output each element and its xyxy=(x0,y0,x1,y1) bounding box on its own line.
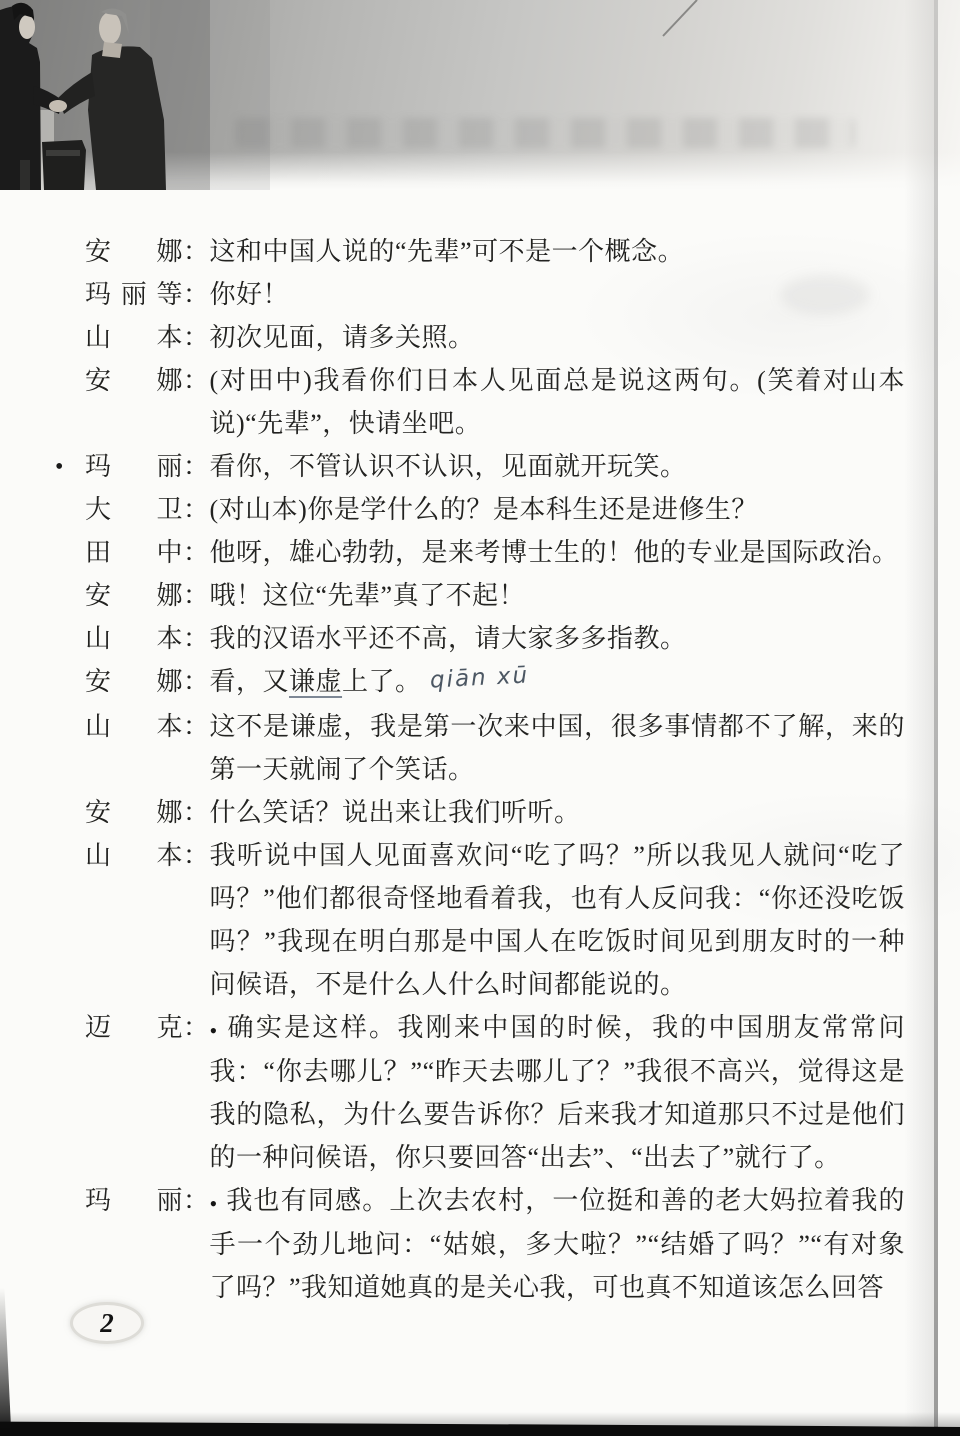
text-segment: (对山本)你是学什么的？是本科生还是进修生？ xyxy=(210,495,758,524)
utterance-text: (对田中)我看你们日本人见面总是说这两句。(笑着对山本说)“先辈”，快请坐吧。 xyxy=(210,359,905,445)
ghost-text-showthrough xyxy=(235,118,855,148)
text-segment: 你好！ xyxy=(210,280,290,309)
speaker-colon: ： xyxy=(183,488,210,531)
text-segment: (对田中)我看你们日本人见面总是说这两句。(笑着对山本说)“先辈”，快请坐吧。 xyxy=(210,366,905,438)
speaker-name: 山本 xyxy=(85,705,183,748)
utterance-text: 他呀，雄心勃勃，是来考博士生的！他的专业是国际政治。 xyxy=(210,531,905,574)
dialogue-turn: 山本 ： 我听说中国人见面喜欢问“吃了吗？”所以我见人就问“吃了吗？”他们都很奇… xyxy=(85,834,905,1006)
textbook-page: 安娜 ： 这和中国人说的“先辈”可不是一个概念。 玛丽等 ： 你好！ 山本 ： … xyxy=(0,0,960,1436)
dialogue-turn: • 玛丽 ： 看你，不管认识不认识，见面就开玩笑。 xyxy=(85,445,905,488)
dialogue-turn: 安娜 ： (对田中)我看你们日本人见面总是说这两句。(笑着对山本说)“先辈”，快… xyxy=(85,359,905,445)
handshake-hands xyxy=(49,100,67,112)
speaker-colon: ： xyxy=(183,273,210,316)
speaker-colon: ： xyxy=(183,445,210,488)
photo-crack-line xyxy=(663,0,697,36)
speaker-name: 大卫 xyxy=(85,488,183,531)
speaker-name: 田中 xyxy=(85,531,183,574)
dialogue-turn: 安娜 ： 这和中国人说的“先辈”可不是一个概念。 xyxy=(85,230,905,273)
speaker-name: 安娜 xyxy=(85,574,183,617)
photo-wall-shade-2 xyxy=(150,0,270,190)
text-segment: 这不是谦虚，我是第一次来中国，很多事情都不了解，来的第一天就闹了个笑话。 xyxy=(210,712,905,784)
speaker-colon: ： xyxy=(183,1006,210,1049)
dialogue-turn: 山本 ： 我的汉语水平还不高，请大家多多指教。 xyxy=(85,617,905,660)
utterance-text: (对山本)你是学什么的？是本科生还是进修生？ xyxy=(210,488,905,531)
utterance-text: 什么笑话？说出来让我们听听。 xyxy=(210,791,905,834)
pen-dot-after-colon: • xyxy=(210,1009,226,1052)
utterance-text: 你好！ xyxy=(210,273,905,316)
dialogue-turn: 大卫 ： (对山本)你是学什么的？是本科生还是进修生？ xyxy=(85,488,905,531)
speaker-name: 玛丽 xyxy=(85,1179,183,1222)
chair xyxy=(42,140,86,190)
pen-dot-after-colon: • xyxy=(210,1182,226,1225)
speaker-name: 玛丽等 xyxy=(85,273,183,316)
speaker-colon: ： xyxy=(183,230,210,273)
speaker-colon: ： xyxy=(183,574,210,617)
underlined-word: 谦虚 xyxy=(289,667,342,696)
utterance-text: 我的汉语水平还不高，请大家多多指教。 xyxy=(210,617,905,660)
page-edge-line-right xyxy=(934,0,938,1436)
speaker-colon: ： xyxy=(183,531,210,574)
utterance-text: 这不是谦虚，我是第一次来中国，很多事情都不了解，来的第一天就闹了个笑话。 xyxy=(210,705,905,791)
handshake-photo xyxy=(0,0,960,190)
speaker-colon: ： xyxy=(183,834,210,877)
dialogue-turn: 田中 ： 他呀，雄心勃勃，是来考博士生的！他的专业是国际政治。 xyxy=(85,531,905,574)
speaker-colon: ： xyxy=(183,1179,210,1222)
page-corner-shadow-left xyxy=(0,1288,11,1428)
page-number-badge: 2 xyxy=(70,1302,144,1344)
dialogue-section: 安娜 ： 这和中国人说的“先辈”可不是一个概念。 玛丽等 ： 你好！ 山本 ： … xyxy=(0,190,960,1309)
page-number: 2 xyxy=(100,1308,114,1339)
dialogue-turn: 玛丽等 ： 你好！ xyxy=(85,273,905,316)
speaker-name: 山本 xyxy=(85,834,183,877)
dialogue-turn: 玛丽 ： •我也有同感。上次去农村，一位挺和善的老大妈拉着我的手一个劲儿地问：“… xyxy=(85,1179,905,1309)
text-segment: 我的汉语水平还不高，请大家多多指教。 xyxy=(210,624,687,653)
text-segment: 看你，不管认识不认识，见面就开玩笑。 xyxy=(210,452,687,481)
handwritten-pinyin-annotation: qiān xū xyxy=(429,654,530,702)
text-segment: 上了。 xyxy=(342,667,422,696)
speaker-colon: ： xyxy=(183,617,210,660)
speaker-colon: ： xyxy=(183,791,210,834)
text-segment: 哦！这位“先辈”真了不起！ xyxy=(210,581,526,610)
dialogue-turn: 安娜 ： 哦！这位“先辈”真了不起！ xyxy=(85,574,905,617)
utterance-text: •我也有同感。上次去农村，一位挺和善的老大妈拉着我的手一个劲儿地问：“姑娘，多大… xyxy=(210,1179,905,1309)
dialogue-turn: 迈克 ： •确实是这样。我刚来中国的时候，我的中国朋友常常问我：“你去哪儿？”“… xyxy=(85,1006,905,1179)
dialogue-turn: 安娜 ： 看，又谦虚上了。qiān xū xyxy=(85,660,905,705)
margin-pen-dot: • xyxy=(55,446,64,489)
utterance-text: 我听说中国人见面喜欢问“吃了吗？”所以我见人就问“吃了吗？”他们都很奇怪地看着我… xyxy=(210,834,905,1006)
dialogue-turn: 山本 ： 这不是谦虚，我是第一次来中国，很多事情都不了解，来的第一天就闹了个笑话… xyxy=(85,705,905,791)
speaker-colon: ： xyxy=(183,316,210,359)
text-segment: 我听说中国人见面喜欢问“吃了吗？”所以我见人就问“吃了吗？”他们都很奇怪地看着我… xyxy=(210,841,905,999)
utterance-text: •确实是这样。我刚来中国的时候，我的中国朋友常常问我：“你去哪儿？”“昨天去哪儿… xyxy=(210,1006,905,1179)
text-segment: 这和中国人说的“先辈”可不是一个概念。 xyxy=(210,237,685,266)
speaker-name: 安娜 xyxy=(85,791,183,834)
utterance-text: 初次见面，请多关照。 xyxy=(210,316,905,359)
text-segment: 他呀，雄心勃勃，是来考博士生的！他的专业是国际政治。 xyxy=(210,538,899,567)
handshake-photo-figures xyxy=(0,0,960,190)
speaker-name: 山本 xyxy=(85,617,183,660)
utterance-text: 这和中国人说的“先辈”可不是一个概念。 xyxy=(210,230,905,273)
speaker-name: 山本 xyxy=(85,316,183,359)
dialogue-turn: 山本 ： 初次见面，请多关照。 xyxy=(85,316,905,359)
text-segment: 什么笑话？说出来让我们听听。 xyxy=(210,798,581,827)
speaker-name: 安娜 xyxy=(85,359,183,402)
text-segment: 我也有同感。上次去农村，一位挺和善的老大妈拉着我的手一个劲儿地问：“姑娘，多大啦… xyxy=(210,1186,905,1302)
page-curve-shading xyxy=(904,0,934,1436)
text-segment: 初次见面，请多关照。 xyxy=(210,323,475,352)
dialogue-turn: 安娜 ： 什么笑话？说出来让我们听听。 xyxy=(85,791,905,834)
speaker-colon: ： xyxy=(183,359,210,402)
speaker-name: 安娜 xyxy=(85,230,183,273)
speaker-name: 迈克 xyxy=(85,1006,183,1049)
speaker-name: 玛丽 xyxy=(85,445,183,488)
speaker-colon: ： xyxy=(183,660,210,703)
speaker-colon: ： xyxy=(183,705,210,748)
utterance-text: 看你，不管认识不认识，见面就开玩笑。 xyxy=(210,445,905,488)
utterance-text: 看，又谦虚上了。qiān xū xyxy=(210,660,905,705)
speaker-name: 安娜 xyxy=(85,660,183,703)
text-segment: 看，又 xyxy=(210,667,290,696)
text-segment: 确实是这样。我刚来中国的时候，我的中国朋友常常问我：“你去哪儿？”“昨天去哪儿了… xyxy=(210,1013,905,1172)
utterance-text: 哦！这位“先辈”真了不起！ xyxy=(210,574,905,617)
